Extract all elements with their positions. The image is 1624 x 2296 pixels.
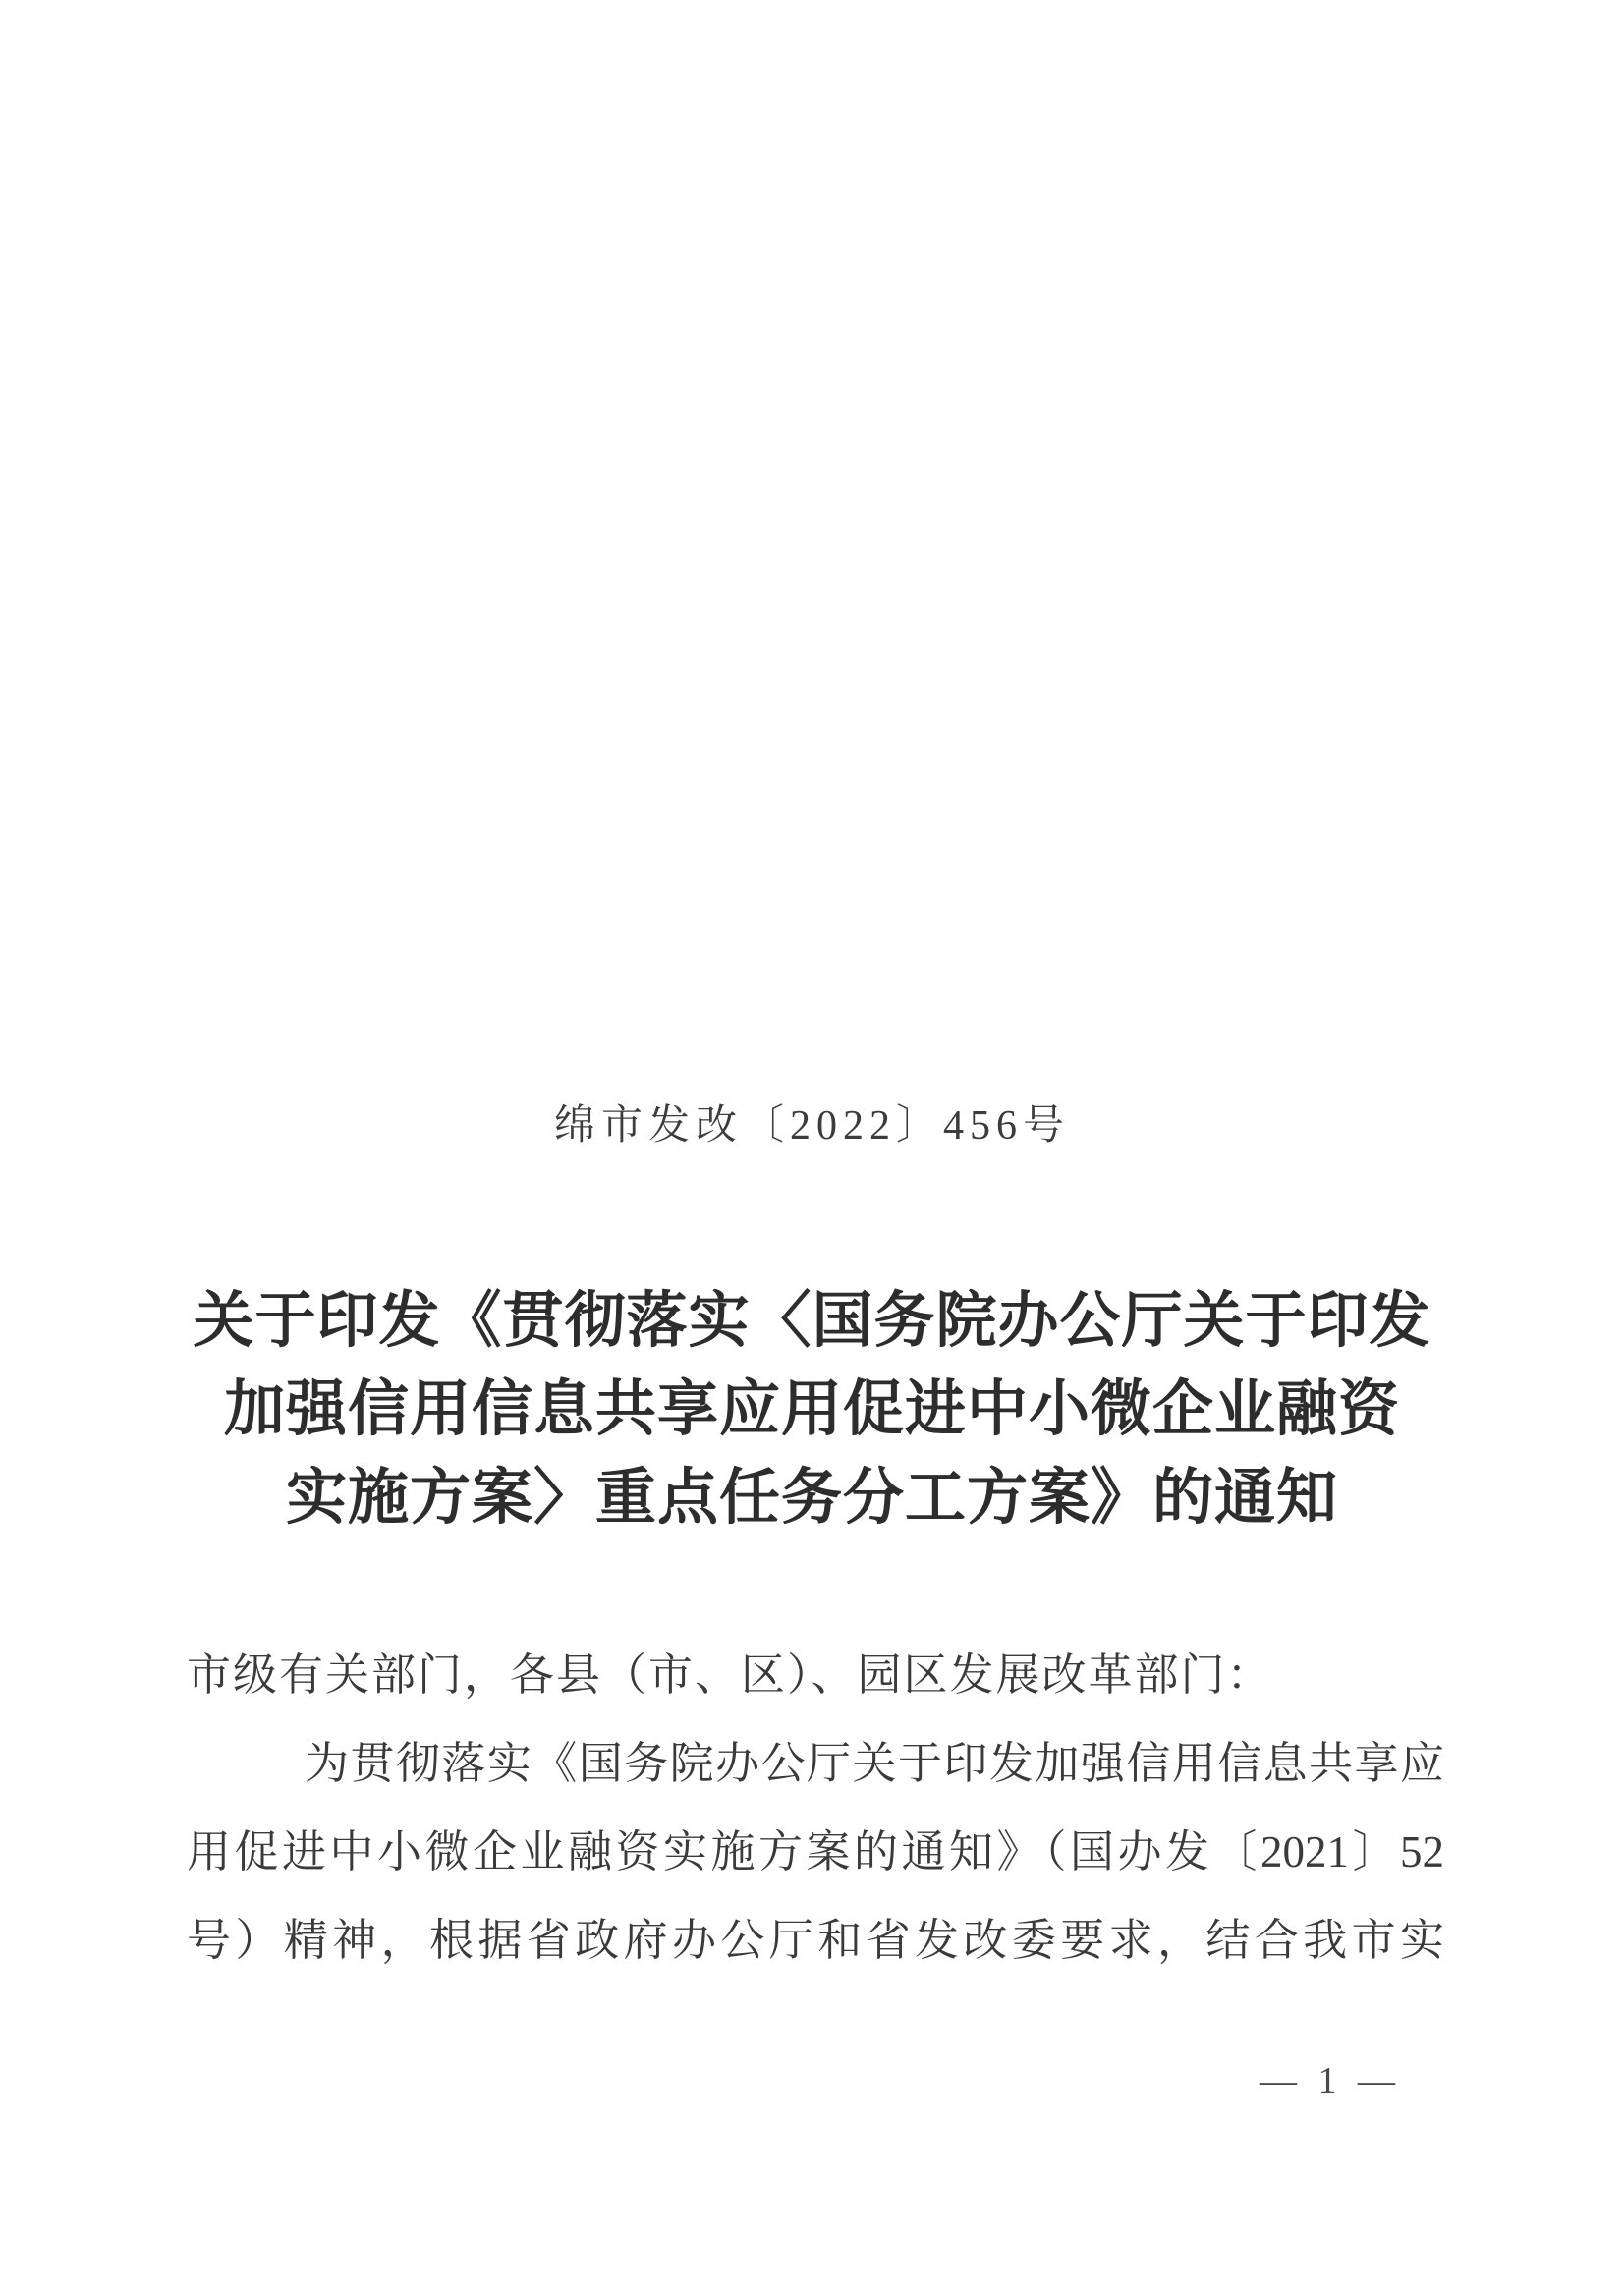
document-title-line-2: 加强信用信息共享应用促进中小微企业融资: [0, 1366, 1624, 1454]
document-title: 关于印发《贯彻落实〈国务院办公厅关于印发 加强信用信息共享应用促进中小微企业融资…: [0, 1277, 1624, 1542]
document-page: 绵市发改〔2022〕456号 关于印发《贯彻落实〈国务院办公厅关于印发 加强信用…: [0, 0, 1624, 2296]
salutation-line: 市级有关部门，各县（市、区）、园区发展改革部门：: [187, 1631, 1444, 1719]
page-number: — 1 —: [1260, 2059, 1401, 2102]
body-line: 用促进中小微企业融资实施方案的通知》（国办发〔2021〕52: [187, 1808, 1444, 1896]
body-line: 号）精神，根据省政府办公厅和省发改委要求，结合我市实: [187, 1896, 1444, 1985]
document-number: 绵市发改〔2022〕456号: [0, 1092, 1624, 1151]
document-title-line-1: 关于印发《贯彻落实〈国务院办公厅关于印发: [0, 1277, 1624, 1366]
document-body: 市级有关部门，各县（市、区）、园区发展改革部门： 为贯彻落实《国务院办公厅关于印…: [187, 1631, 1444, 1985]
body-line: 为贯彻落实《国务院办公厅关于印发加强信用信息共享应: [187, 1719, 1444, 1808]
document-title-line-3: 实施方案〉重点任务分工方案》的通知: [0, 1454, 1624, 1542]
